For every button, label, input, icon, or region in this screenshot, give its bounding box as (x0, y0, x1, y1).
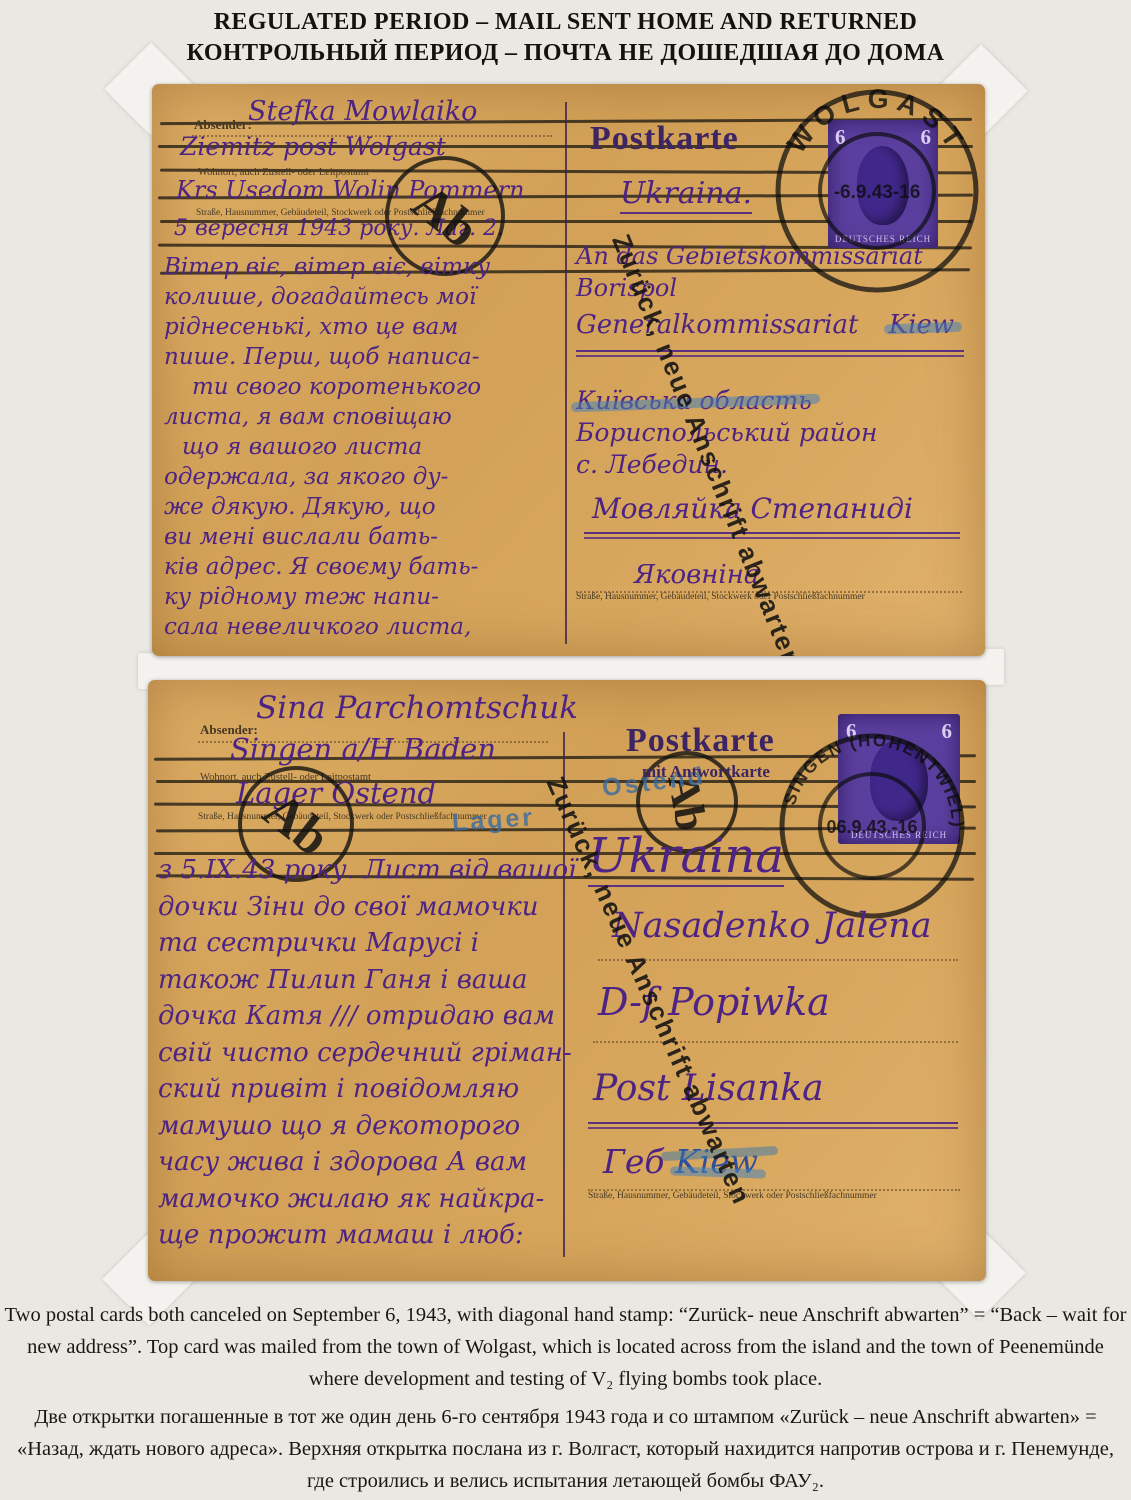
message-text: з 5.ІХ.43 року. Лист від вашої дочки Зін… (158, 852, 583, 1254)
message-line: мамочко жилаю як найкра- (158, 1181, 583, 1218)
ab-cachet-letters: Ab (401, 172, 490, 259)
message-line: ків адрес. Я своєму бать- (164, 552, 564, 582)
svg-text:WOLGAST: WOLGAST (781, 86, 972, 158)
message-line: та сестрички Марусі і (158, 925, 583, 962)
handdrawn-rule (588, 1122, 958, 1129)
message-line: з 5.ІХ.43 року. Лист від вашої (158, 852, 583, 889)
form-ruled-line (593, 1040, 958, 1043)
sender-town: Ziemitz post Wolgast (180, 132, 446, 161)
handdrawn-rule (584, 532, 960, 539)
page-title-english: REGULATED PERIOD – MAIL SENT HOME AND RE… (0, 7, 1131, 38)
postkarte-subheading: mit Antwortkarte (642, 762, 770, 782)
message-line: пише. Перш, щоб написа- (164, 342, 564, 372)
postmark-date: 06.9.43.-16 (826, 817, 917, 837)
message-line: ти свого коротенького (164, 372, 564, 402)
address-country: Ukraina. (620, 176, 752, 214)
address-word: Геб (603, 1142, 665, 1181)
message-line: що я вашого листа (164, 432, 564, 462)
card-divider (565, 102, 567, 644)
message-line: ку рідному теж напи- (164, 582, 564, 612)
postmark-singen: SINGEN (HOHENTWIEL) 06.9.43.-16 (776, 730, 968, 922)
message-line: дочка Катя /// отридаю вам (158, 998, 583, 1035)
address-line: Generalkommissariat Kiew (576, 310, 954, 340)
message-line: мамушо що я декоторого (158, 1108, 583, 1145)
message-line: ский привіт і повідомляю (158, 1071, 583, 1108)
postkarte-heading: Postkarte (626, 722, 775, 760)
message-line: сала невеличкого листа, (164, 612, 564, 642)
message-line: же дякую. Дякую, що (164, 492, 564, 522)
message-line: свій чисто сердечний гріман- (158, 1035, 583, 1072)
sender-name: Stefka Mowlaiko (248, 96, 477, 127)
form-strasse-label: Straße, Hausnummer, Gebäudeteil, Stockwe… (576, 592, 865, 602)
sender-name: Sina Parchomtschuk (256, 690, 578, 726)
address-word: Generalkommissariat (576, 310, 858, 340)
address-name: Nasadenko Jalena (612, 906, 932, 946)
postmark-town: SINGEN (HOHENTWIEL) (780, 731, 967, 829)
message-line: колише, догадайтесь мої (164, 282, 564, 312)
postcard-bottom: Absender: Sina Parchomtschuk Singen a/H … (148, 680, 986, 1281)
caption-russian: Две открытки погашенные в тот же один де… (1, 1401, 1130, 1498)
postcard-top: Absender: Stefka Mowlaiko Ziemitz post W… (152, 84, 985, 656)
message-line: ще прожит мамаш і люб: (158, 1217, 583, 1254)
absender-label: Absender: (194, 117, 252, 133)
postkarte-heading: Postkarte (590, 120, 739, 158)
message-line: часу жива і здорова А вам (158, 1144, 583, 1181)
address-name: Мовляйка Степаниді (592, 492, 913, 525)
address-word-crossed: Kiew (889, 310, 954, 340)
postmark-date: -6.9.43-16 (834, 182, 921, 203)
message-line: також Пилип Ганя і ваша (158, 962, 583, 999)
message-line: ви мені вислали бать- (164, 522, 564, 552)
message-line: одержала, за якого ду- (164, 462, 564, 492)
postmark-town: WOLGAST (781, 86, 972, 158)
message-line: дочки Зіни до свої мамочки (158, 889, 583, 926)
exhibit-page: REGULATED PERIOD – MAIL SENT HOME AND RE… (0, 0, 1131, 1500)
page-title: REGULATED PERIOD – MAIL SENT HOME AND RE… (0, 7, 1131, 68)
address-line: Бориспольський район (576, 418, 877, 447)
message-line: Вітер віє, вітер віє, вітку (164, 252, 564, 282)
lager-ostend-stamp-word: Lager (445, 803, 542, 839)
message-line: листа, я вам сповіщаю (164, 402, 564, 432)
sender-town: Singen a/H Baden (230, 732, 496, 766)
caption-english: Two postal cards both canceled on Septem… (1, 1299, 1130, 1396)
address-country: Ukraina (588, 828, 784, 887)
svg-text:SINGEN (HOHENTWIEL): SINGEN (HOHENTWIEL) (780, 731, 967, 829)
message-line: ріднесенькі, хто це вам (164, 312, 564, 342)
message-text: Вітер віє, вітер віє, вітку колише, дога… (164, 252, 564, 642)
handdrawn-rule (576, 350, 964, 357)
